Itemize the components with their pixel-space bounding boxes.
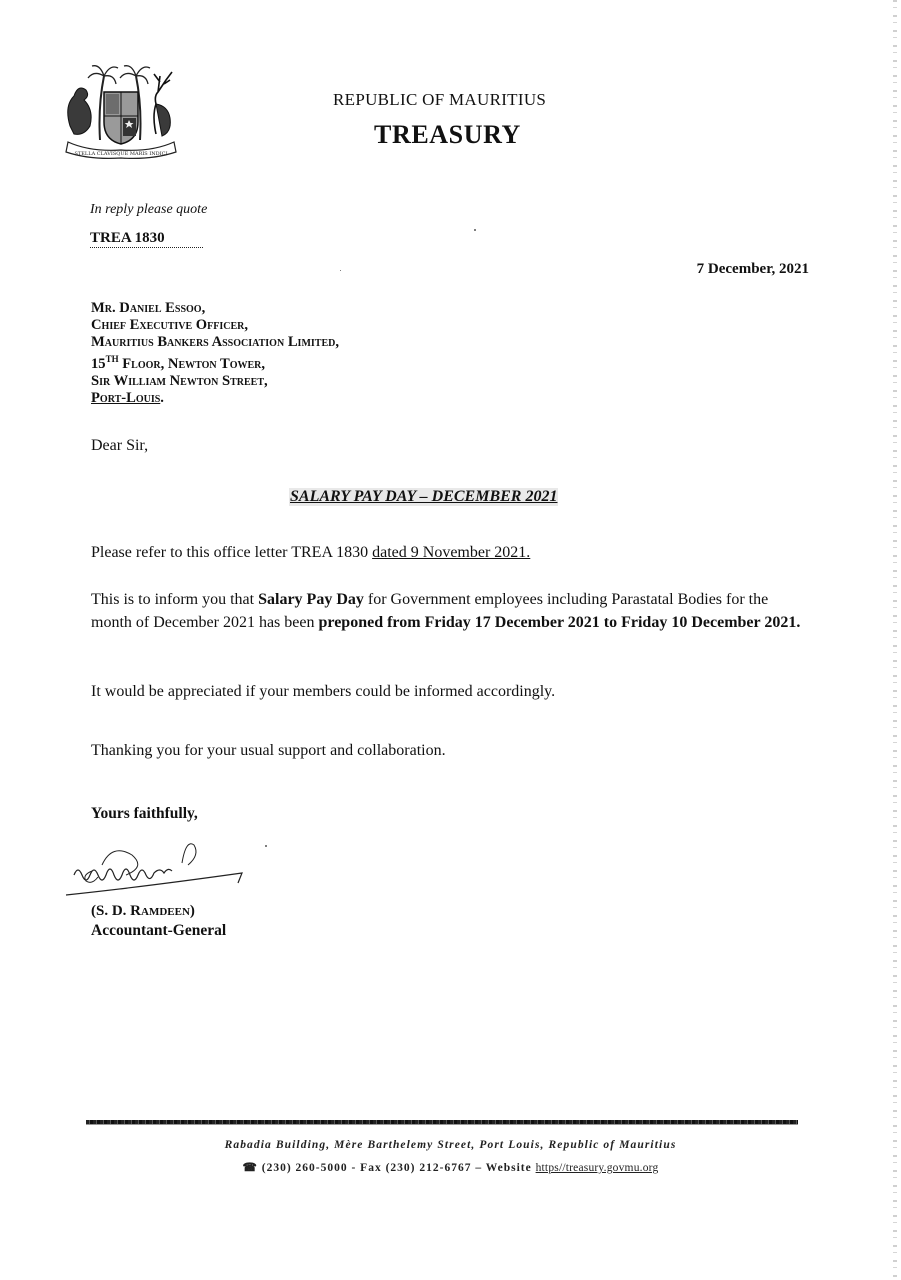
paragraph-request: It would be appreciated if your members …	[91, 680, 811, 703]
p2-bold-salary-pay-day: Salary Pay Day	[258, 591, 364, 608]
p2-bold-dates: preponed from Friday 17 December 2021 to…	[318, 614, 800, 631]
p2-text-a: This is to inform you that	[91, 591, 258, 608]
scan-speck	[340, 270, 341, 271]
scan-edge-noise	[893, 0, 897, 1280]
footer-contact: ☎ (230) 260-5000 - Fax (230) 212-6767 – …	[0, 1160, 901, 1174]
reply-note: In reply please quote	[90, 202, 207, 218]
scan-speck	[474, 229, 476, 231]
salutation: Dear Sir,	[91, 437, 148, 455]
signatory-name: (S. D. Ramdeen)	[91, 903, 195, 920]
recipient-name: Mr. Daniel Essoo,	[91, 300, 339, 317]
floor-number: 15	[91, 356, 106, 372]
closing: Yours faithfully,	[91, 805, 198, 823]
paragraph-announcement: This is to inform you that Salary Pay Da…	[91, 588, 811, 634]
letterhead-department: TREASURY	[374, 120, 521, 150]
p1-text: Please refer to this office letter TREA …	[91, 544, 372, 561]
recipient-city-line: Port-Louis.	[91, 390, 339, 407]
coat-of-arms-icon: STELLA CLAVISQUE MARIS INDICI	[60, 56, 182, 162]
signature-icon	[62, 835, 262, 900]
footer-contact-text: (230) 260-5000 - Fax (230) 212-6767 – We…	[258, 1162, 536, 1174]
website-link[interactable]: https//treasury.govmu.org	[536, 1162, 659, 1174]
reference-code: TREA 1830	[90, 230, 203, 248]
city-punctuation: .	[160, 390, 164, 406]
signatory-title: Accountant-General	[91, 922, 226, 940]
p1-underlined: dated 9 November 2021.	[372, 544, 530, 561]
recipient-floor: 15TH Floor, Newton Tower,	[91, 351, 339, 373]
letter-date: 7 December, 2021	[697, 261, 809, 278]
footer-address: Rabadia Building, Mère Barthelemy Street…	[0, 1139, 901, 1151]
floor-suffix: TH	[106, 354, 119, 364]
paragraph-reference: Please refer to this office letter TREA …	[91, 541, 811, 564]
footer-divider	[86, 1120, 798, 1125]
svg-text:STELLA CLAVISQUE MARIS INDICI: STELLA CLAVISQUE MARIS INDICI	[75, 151, 168, 157]
recipient-street: Sir William Newton Street,	[91, 373, 339, 390]
recipient-city: Port-Louis	[91, 390, 160, 406]
letterhead-republic: REPUBLIC OF MAURITIUS	[333, 90, 546, 110]
subject-heading: SALARY PAY DAY – DECEMBER 2021	[289, 488, 558, 506]
floor-rest: Floor, Newton Tower,	[119, 356, 265, 372]
scan-speck	[265, 845, 267, 847]
paragraph-thanks: Thanking you for your usual support and …	[91, 739, 811, 762]
recipient-title: Chief Executive Officer,	[91, 317, 339, 334]
recipient-address: Mr. Daniel Essoo, Chief Executive Office…	[91, 300, 339, 407]
recipient-organization: Mauritius Bankers Association Limited,	[91, 334, 339, 351]
telephone-icon: ☎	[243, 1162, 258, 1174]
